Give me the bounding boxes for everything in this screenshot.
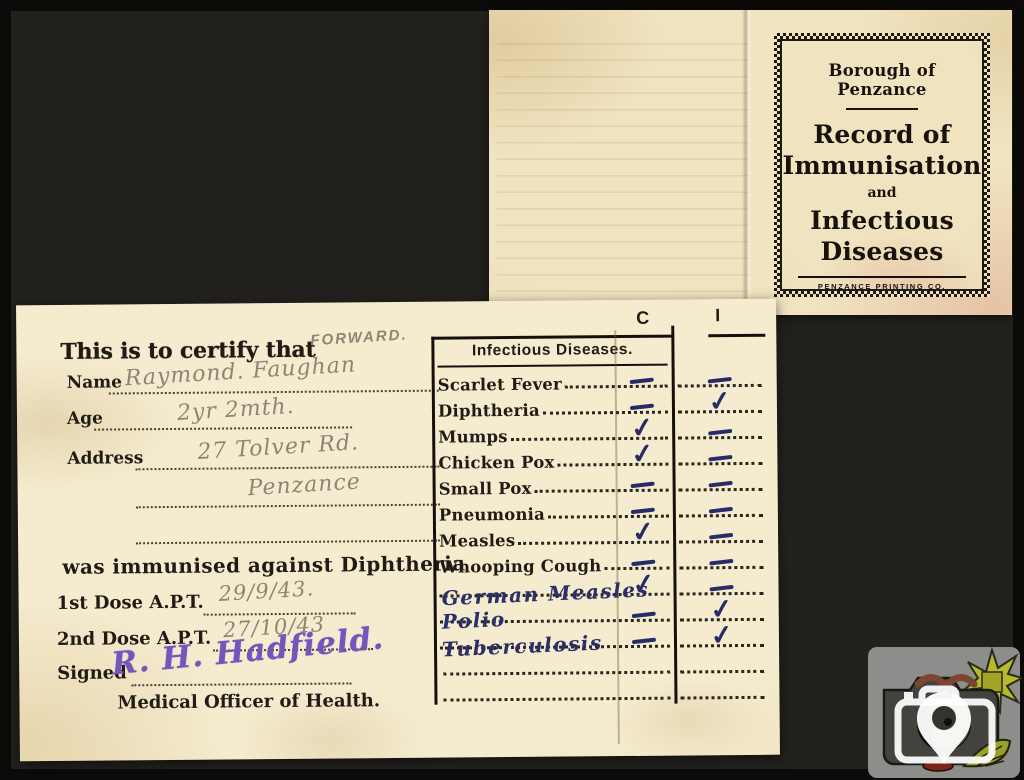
dose1-label: 1st Dose A.P.T. [57,592,204,614]
camera-location-pin-watermark-icon [866,646,1022,780]
table-row [440,673,766,702]
dotted-leader [680,696,764,700]
dotted-leader [443,697,670,702]
checkered-border-frame: Borough of Penzance Record of Immunisati… [774,33,990,297]
table-row: Measles [439,517,765,546]
cover-title-line: Record of [782,119,982,150]
c-mark [632,446,655,466]
i-mark [721,559,745,569]
signed-dotted-line [131,682,351,686]
address-dotted-line [136,504,440,509]
i-mark [721,507,745,517]
disease-label: Polio [441,607,509,634]
table-top-border [431,335,674,340]
i-mark [722,627,745,647]
table-title: Infectious Diseases. [433,341,671,361]
i-mark [721,481,745,491]
age-value-handwriting: 2yr 2mth. [176,394,295,426]
ruled-paper-texture [497,28,749,300]
divider-rule [846,108,918,110]
c-mark [632,524,655,544]
c-mark [630,378,654,388]
c-mark [632,638,656,648]
table-row: Chicken Pox [438,439,764,468]
name-dotted-line [109,390,439,395]
table-row: Small Pox [438,465,764,494]
i-mark [720,393,743,413]
c-mark [631,482,655,492]
cover-card: Borough of Penzance Record of Immunisati… [489,10,1012,315]
fold-crease [742,10,752,315]
immunised-text: was immunised against Diphtheria [62,551,466,579]
disease-table: Scarlet Fever Diphtheria Mumps Chicken P… [438,361,767,702]
medical-officer-title: Medical Officer of Health. [117,690,380,713]
divider-rule [798,276,966,278]
i-mark [720,429,744,439]
forward-note-handwriting: FORWARD. [310,326,408,349]
cover-title-line: Diseases [782,236,982,267]
table-row: Diphtheria [438,387,764,416]
certificate-card: This is to certify that FORWARD. Name Ra… [16,299,780,762]
address-value2-handwriting: Penzance [247,469,362,501]
address-value-handwriting: 27 Tolver Rd. [197,430,360,465]
age-dotted-line [94,426,352,430]
photo-background: Borough of Penzance Record of Immunisati… [0,0,1024,780]
table-row: Scarlet Fever [438,361,764,390]
table-left-border [431,337,437,705]
address-dotted-line [136,540,440,545]
cover-title-line: Immunisation [782,150,982,181]
address-label: Address [67,448,143,469]
table-row: German Measles [439,569,765,598]
table-row: Mumps [438,413,764,442]
table-top-border [708,334,765,337]
cover-frame-inner: Borough of Penzance Record of Immunisati… [780,39,984,291]
i-mark [721,533,745,543]
table-row: Pneumonia [439,491,765,520]
address-dotted-line [135,466,439,471]
i-mark [720,455,744,465]
borough-title: Borough of Penzance [782,61,982,99]
column-c-header: C [636,308,649,329]
table-row: Whooping Cough [439,543,765,572]
printer-credit: PENZANCE PRINTING CO. [782,282,982,291]
dose1-value-handwriting: 29/9/43. [218,576,315,606]
c-mark [632,612,656,622]
cover-title-line: Infectious [782,205,982,236]
name-label: Name [67,372,123,392]
i-mark [722,601,745,621]
age-label: Age [67,409,103,429]
column-i-header: I [715,305,720,326]
cover-title-line: and [782,183,982,203]
